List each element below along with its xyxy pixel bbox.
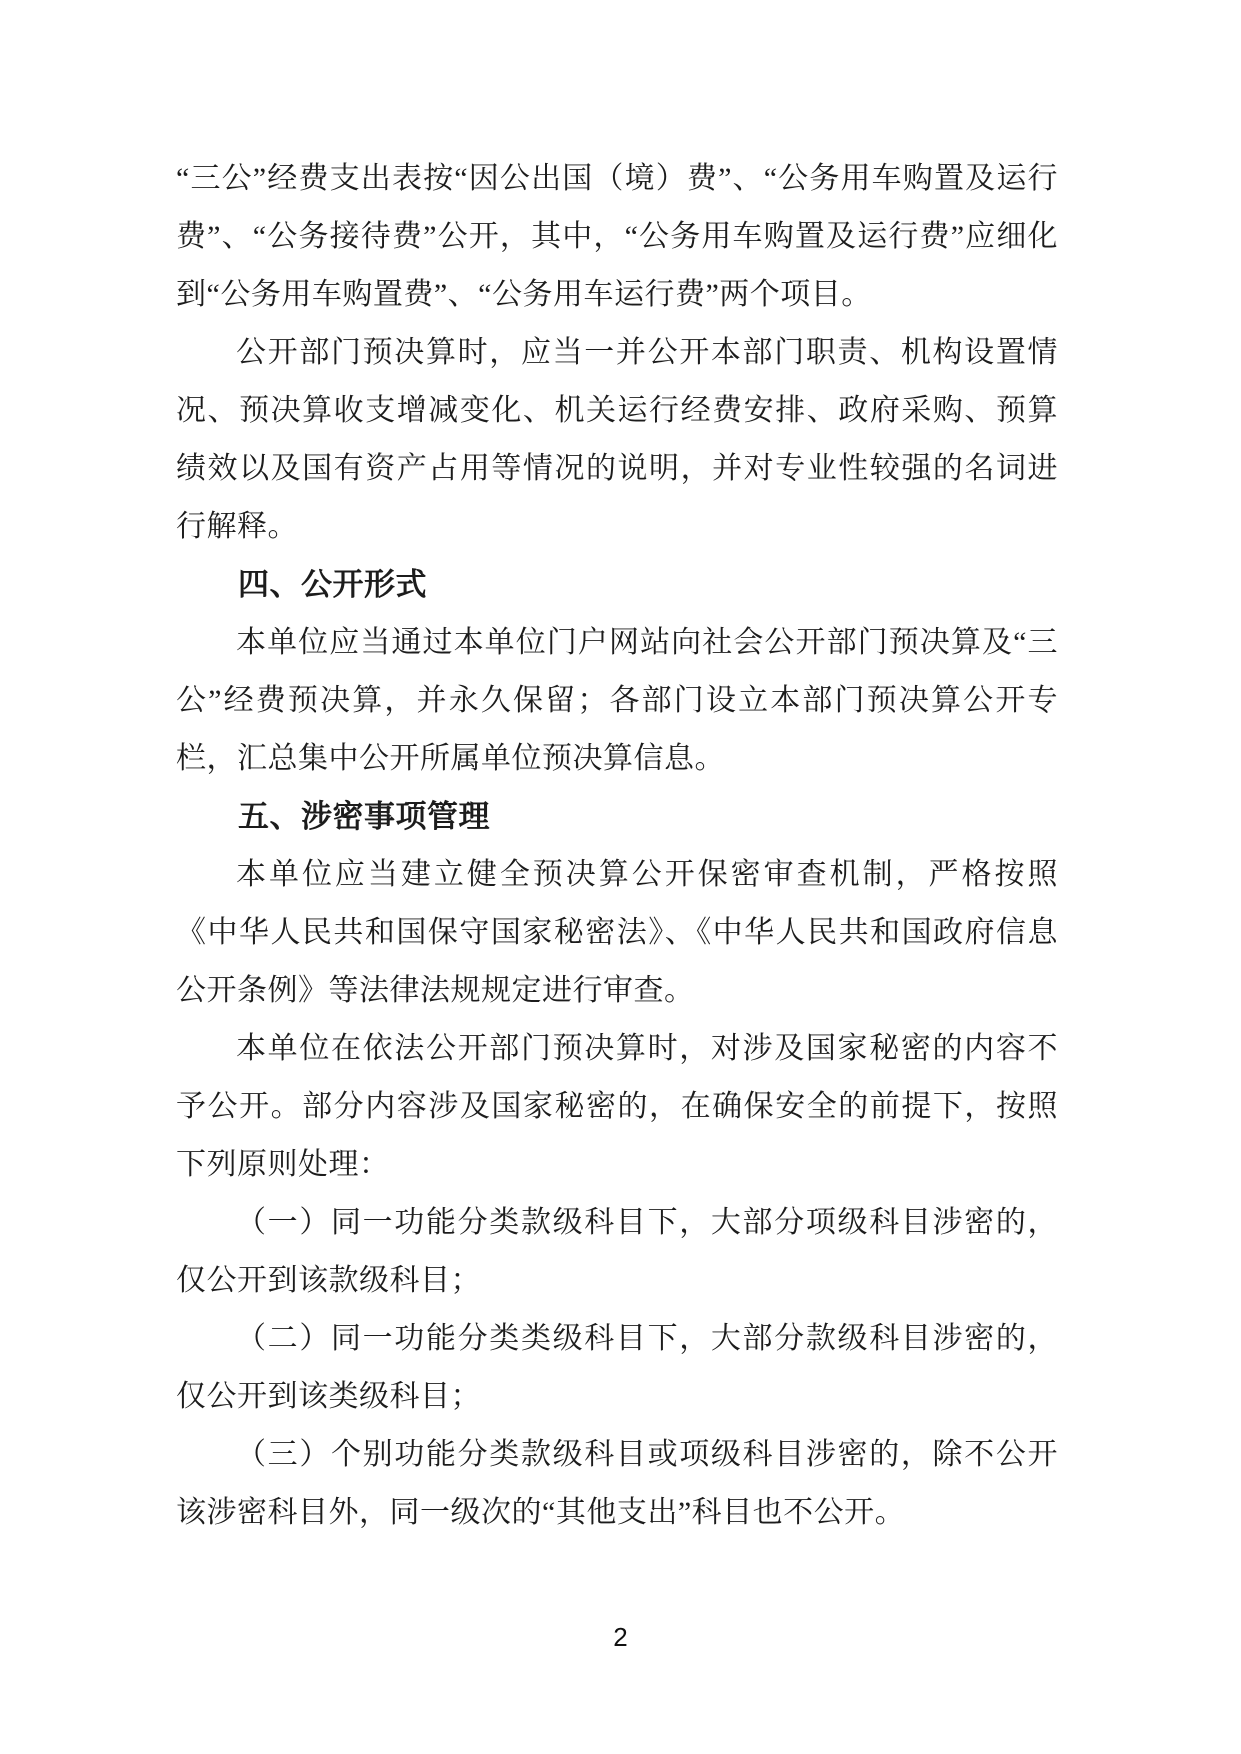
section-heading-5: 五、涉密事项管理 (176, 788, 1058, 846)
page-number: 2 (0, 1620, 1241, 1654)
paragraph: 本单位在依法公开部门预决算时，对涉及国家秘密的内容不予公开。部分内容涉及国家秘密… (176, 1020, 1058, 1194)
section-heading-4: 四、公开形式 (176, 556, 1058, 614)
document-body: “三公”经费支出表按“因公出国（境）费”、“公务用车购置及运行费”、“公务接待费… (176, 150, 1058, 1542)
list-item-3: （三）个别功能分类款级科目或项级科目涉密的，除不公开该涉密科目外，同一级次的“其… (176, 1426, 1058, 1542)
list-item-2: （二）同一功能分类类级科目下，大部分款级科目涉密的，仅公开到该类级科目； (176, 1310, 1058, 1426)
paragraph: 本单位应当通过本单位门户网站向社会公开部门预决算及“三公”经费预决算，并永久保留… (176, 614, 1058, 788)
paragraph: 公开部门预决算时，应当一并公开本部门职责、机构设置情况、预决算收支增减变化、机关… (176, 324, 1058, 556)
paragraph-continued: “三公”经费支出表按“因公出国（境）费”、“公务用车购置及运行费”、“公务接待费… (176, 150, 1058, 324)
list-item-1: （一）同一功能分类款级科目下，大部分项级科目涉密的，仅公开到该款级科目； (176, 1194, 1058, 1310)
paragraph: 本单位应当建立健全预决算公开保密审查机制，严格按照《中华人民共和国保守国家秘密法… (176, 846, 1058, 1020)
document-page: “三公”经费支出表按“因公出国（境）费”、“公务用车购置及运行费”、“公务接待费… (0, 0, 1241, 1754)
